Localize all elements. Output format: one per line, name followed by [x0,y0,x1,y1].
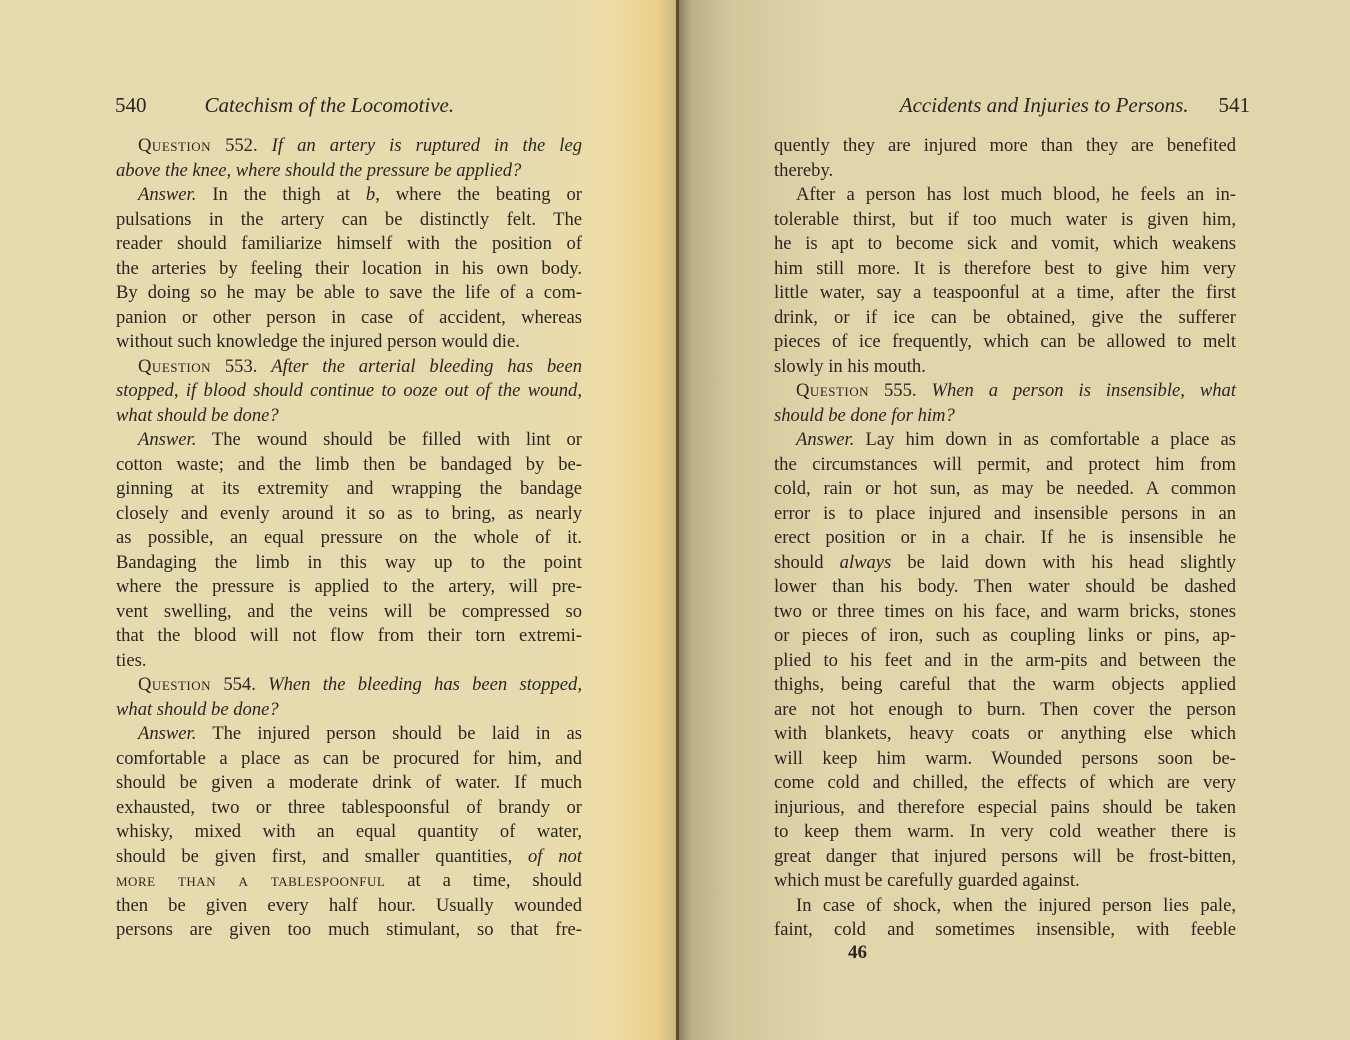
text-line: great danger that injured persons will b… [774,845,1236,870]
body-text: without such knowledge the injured perso… [116,331,520,352]
body-text: ties. [116,650,146,671]
body-text: , where the beating or [375,184,582,205]
page-number-540: 540 [115,92,147,118]
text-line: closely and evenly around it so as to br… [116,502,582,527]
body-text: cotton waste; and the limb then be banda… [116,454,582,475]
emphasis-text: of not [528,846,582,867]
body-text: ginning at its extremity and wrapping th… [116,478,582,499]
text-line: Question 554. When the bleeding has been… [116,673,582,698]
body-text: whisky, mixed with an equal quantity of … [116,821,582,842]
body-text: will keep him warm. Wounded persons soon… [774,748,1236,769]
body-text: error is to place injured and insensible… [774,503,1236,524]
body-text: By doing so he may be able to save the l… [116,282,582,303]
body-text: faint, cold and sometimes insensible, wi… [774,919,1236,940]
text-line: come cold and chilled, the effects of wh… [774,771,1236,796]
text-line: comfortable a place as can be procured f… [116,747,582,772]
text-line: vent swelling, and the veins will be com… [116,600,582,625]
body-text: or pieces of iron, such as coupling link… [774,625,1236,646]
body-text: thereby. [774,160,833,181]
body-text: what should be done? [116,405,279,426]
text-line: the arteries by feeling their location i… [116,257,582,282]
body-text: then be given every half hour. Usually w… [116,895,582,916]
signature-mark: 46 [848,942,867,964]
answer-label: Answer. [138,429,196,450]
text-line: injurious, and therefore especial pains … [774,796,1236,821]
text-line: plied to his feet and in the arm-pits an… [774,649,1236,674]
text-line: Answer. In the thigh at b, where the bea… [116,183,582,208]
text-line: little water, say a teaspoonful at a tim… [774,281,1236,306]
body-text: the circumstances will permit, and prote… [774,454,1236,475]
body-text: vent swelling, and the veins will be com… [116,601,582,622]
text-line: as possible, an equal pressure on the wh… [116,526,582,551]
text-line: In case of shock, when the injured perso… [774,894,1236,919]
body-text: great danger that injured persons will b… [774,846,1236,867]
body-text: at a time, should [385,870,582,891]
text-line: or pieces of iron, such as coupling link… [774,624,1236,649]
text-line: pieces of ice frequently, which can be a… [774,330,1236,355]
text-line: should always be laid down with his head… [774,551,1236,576]
question-text: When the bleeding has been stopped, [268,674,582,695]
question-label: Question [138,356,211,377]
body-text: lower than his body. Then water should b… [774,576,1236,597]
body-text: 554. [211,674,268,695]
text-line: the circumstances will permit, and prote… [774,453,1236,478]
body-text: should be given a moderate drink of wate… [116,772,582,793]
text-line: thighs, being careful that the warm obje… [774,673,1236,698]
right-running-title: Accidents and Injuries to Persons. [900,92,1189,118]
text-line: should be given first, and smaller quant… [116,845,582,870]
body-text: closely and evenly around it so as to br… [116,503,582,524]
text-line: ties. [116,649,582,674]
text-line: what should be done? [116,404,582,429]
text-line: pulsations in the artery can be distinct… [116,208,582,233]
text-line: stopped, if blood should continue to ooz… [116,379,582,404]
body-text: with blankets, heavy coats or anything e… [774,723,1236,744]
question-text: When a person is insensible, what [931,380,1236,401]
body-text: Lay him down in as comfortable a place a… [854,429,1236,450]
text-line: him still more. It is therefore best to … [774,257,1236,282]
text-line: lower than his body. Then water should b… [774,575,1236,600]
text-line: what should be done? [116,698,582,723]
body-text: thighs, being careful that the warm obje… [774,674,1236,695]
body-text: exhausted, two or three tablespoonsful o… [116,797,582,818]
body-text: to keep them warm. In very cold weather … [774,821,1236,842]
text-line: Answer. The wound should be filled with … [116,428,582,453]
body-text: comfortable a place as can be procured f… [116,748,582,769]
body-text: that the blood will not flow from their … [116,625,582,646]
text-line: ginning at its extremity and wrapping th… [116,477,582,502]
left-page-text: Question 552. If an artery is ruptured i… [116,134,582,943]
text-line: above the knee, where should the pressur… [116,159,582,184]
body-text: drink, or if ice can be obtained, give t… [774,307,1236,328]
body-text: he is apt to become sick and vomit, whic… [774,233,1236,254]
answer-label: Answer. [138,184,196,205]
right-page-text: quently they are injured more than they … [774,134,1236,943]
body-text: two or three times on his face, and warm… [774,601,1236,622]
left-page: 540 Catechism of the Locomotive. Questio… [0,0,678,1040]
body-text: pulsations in the artery can be distinct… [116,209,582,230]
text-line: slowly in his mouth. [774,355,1236,380]
text-line: persons are given too much stimulant, so… [116,918,582,943]
body-text: 555. [869,380,931,401]
text-line: he is apt to become sick and vomit, whic… [774,232,1236,257]
text-line: will keep him warm. Wounded persons soon… [774,747,1236,772]
text-line: panion or other person in case of accide… [116,306,582,331]
question-text: After the arterial bleeding has been [271,356,582,377]
text-line: Question 553. After the arterial bleedin… [116,355,582,380]
left-running-title: Catechism of the Locomotive. [205,92,455,118]
body-text: which must be carefully guarded against. [774,870,1080,891]
text-line: exhausted, two or three tablespoonsful o… [116,796,582,821]
body-text: should be given first, and smaller quant… [116,846,528,867]
body-text: stopped, if blood should continue to ooz… [116,380,582,401]
body-text: quently they are injured more than they … [774,135,1236,156]
book-gutter [676,0,679,1040]
body-text: as possible, an equal pressure on the wh… [116,527,582,548]
right-running-head: Accidents and Injuries to Persons. 541 [900,92,1250,118]
body-text: 552. [211,135,272,156]
text-line: should be given a moderate drink of wate… [116,771,582,796]
text-line: without such knowledge the injured perso… [116,330,582,355]
text-line: thereby. [774,159,1236,184]
body-text: injurious, and therefore especial pains … [774,797,1236,818]
text-line: that the blood will not flow from their … [116,624,582,649]
body-text: Bandaging the limb in this way up to the… [116,552,582,573]
body-text: the arteries by feeling their location i… [116,258,582,279]
body-text: reader should familiarize himself with t… [116,233,582,254]
question-label: Question [138,674,211,695]
text-line: which must be carefully guarded against. [774,869,1236,894]
body-text: little water, say a teaspoonful at a tim… [774,282,1236,303]
left-running-head: 540 Catechism of the Locomotive. [115,92,454,118]
text-line: reader should familiarize himself with t… [116,232,582,257]
body-text: pieces of ice frequently, which can be a… [774,331,1236,352]
text-line: cold, rain or hot sun, as may be needed.… [774,477,1236,502]
body-text: should be done for him? [774,405,955,426]
text-line: After a person has lost much blood, he f… [774,183,1236,208]
body-text: are not hot enough to burn. Then cover t… [774,699,1236,720]
question-label: Question [796,380,869,401]
question-text: If an artery is ruptured in the leg [272,135,582,156]
book-spread: 540 Catechism of the Locomotive. Questio… [0,0,1350,1040]
body-text: 553. [211,356,271,377]
text-line: error is to place injured and insensible… [774,502,1236,527]
text-line: faint, cold and sometimes insensible, wi… [774,918,1236,943]
text-line: quently they are injured more than they … [774,134,1236,159]
text-line: two or three times on his face, and warm… [774,600,1236,625]
text-line: whisky, mixed with an equal quantity of … [116,820,582,845]
text-line: Question 552. If an artery is ruptured i… [116,134,582,159]
body-text: cold, rain or hot sun, as may be needed.… [774,478,1236,499]
body-text: The wound should be filled with lint or [196,429,582,450]
text-line: Answer. The injured person should be lai… [116,722,582,747]
body-text: After a person has lost much blood, he f… [796,184,1236,205]
text-line: then be given every half hour. Usually w… [116,894,582,919]
text-line: cotton waste; and the limb then be banda… [116,453,582,478]
body-text: tolerable thirst, but if too much water … [774,209,1236,230]
body-text: erect position or in a chair. If he is i… [774,527,1236,548]
emphasis-text: always [840,552,892,573]
body-text: should [774,552,840,573]
text-line: where the pressure is applied to the art… [116,575,582,600]
body-text: slowly in his mouth. [774,356,926,377]
right-page: Accidents and Injuries to Persons. 541 q… [678,0,1350,1040]
body-text: above the knee, where should the pressur… [116,160,521,181]
body-text: what should be done? [116,699,279,720]
answer-label: Answer. [138,723,196,744]
emphasis-smallcaps: more than a tablespoonful [116,870,385,891]
text-line: tolerable thirst, but if too much water … [774,208,1236,233]
text-line: erect position or in a chair. If he is i… [774,526,1236,551]
text-line: more than a tablespoonful at a time, sho… [116,869,582,894]
page-number-541: 541 [1219,92,1251,118]
text-line: should be done for him? [774,404,1236,429]
text-line: Bandaging the limb in this way up to the… [116,551,582,576]
emphasis-text: b [366,184,375,205]
body-text: In case of shock, when the injured perso… [796,895,1236,916]
text-line: with blankets, heavy coats or anything e… [774,722,1236,747]
text-line: are not hot enough to burn. Then cover t… [774,698,1236,723]
body-text: The injured person should be laid in as [196,723,582,744]
body-text: plied to his feet and in the arm-pits an… [774,650,1236,671]
text-line: By doing so he may be able to save the l… [116,281,582,306]
body-text: where the pressure is applied to the art… [116,576,582,597]
text-line: to keep them warm. In very cold weather … [774,820,1236,845]
question-label: Question [138,135,211,156]
answer-label: Answer. [796,429,854,450]
text-line: drink, or if ice can be obtained, give t… [774,306,1236,331]
body-text: come cold and chilled, the effects of wh… [774,772,1236,793]
text-line: Question 555. When a person is insensibl… [774,379,1236,404]
body-text: persons are given too much stimulant, so… [116,919,582,940]
body-text: him still more. It is therefore best to … [774,258,1236,279]
text-line: Answer. Lay him down in as comfortable a… [774,428,1236,453]
body-text: In the thigh at [196,184,366,205]
body-text: be laid down with his head slightly [891,552,1236,573]
body-text: panion or other person in case of accide… [116,307,582,328]
